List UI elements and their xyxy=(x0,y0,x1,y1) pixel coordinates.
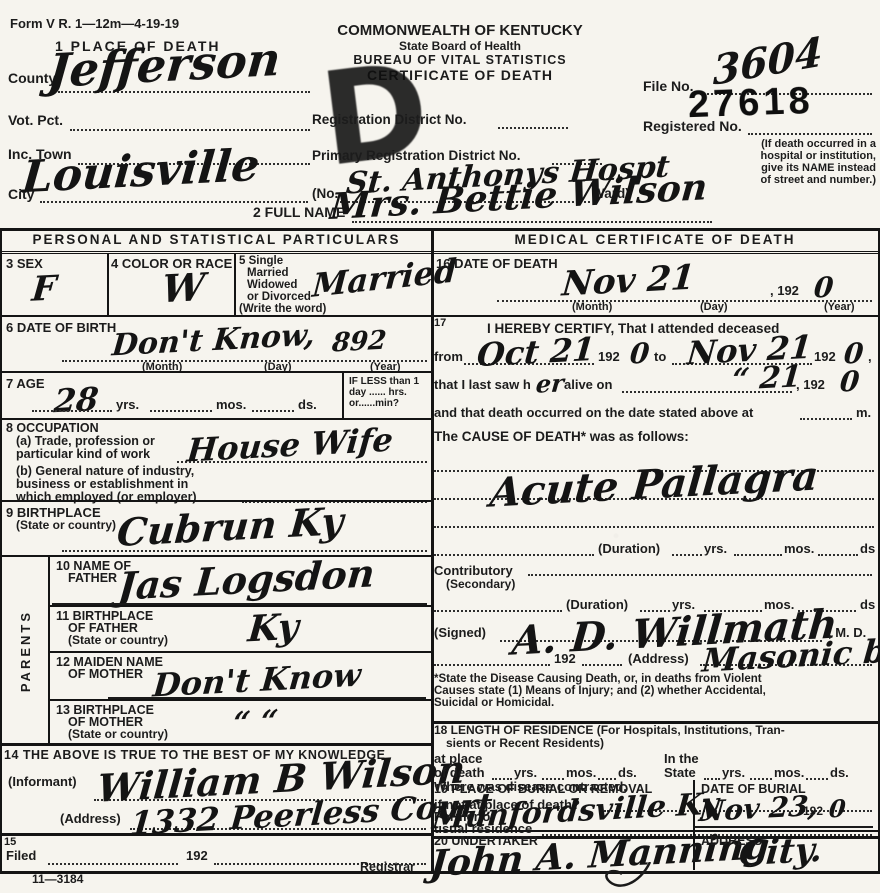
to-comma: , xyxy=(868,349,872,364)
in-the-label: In the xyxy=(664,751,699,766)
sex-cell: 3 SEX F xyxy=(2,253,109,315)
contributory-line xyxy=(528,573,872,576)
signature-flourish xyxy=(600,862,660,892)
sex-value: F xyxy=(30,268,58,310)
death-certificate-document: Form V R. 1—12m—4-19-19 1 PLACE OF DEATH… xyxy=(0,0,880,893)
at-place-label: at place xyxy=(434,751,482,766)
marital-write-word: (Write the word) xyxy=(239,303,326,315)
contributory-label: Contributory xyxy=(434,563,513,578)
birthplace-cell: 9 BIRTHPLACE (State or country) Cubrun K… xyxy=(2,500,431,557)
date-of-death-value: Nov 21 xyxy=(560,257,696,304)
age-mos-line xyxy=(150,409,212,412)
date-of-death-label: 16 DATE OF DEATH xyxy=(436,256,558,271)
from-label: from xyxy=(434,349,463,364)
registered-no-line xyxy=(748,132,872,135)
res-ds2: ds. xyxy=(830,765,849,780)
occupation-label: 8 OCCUPATION xyxy=(6,421,99,435)
age-yrs-label: yrs. xyxy=(116,397,139,412)
dod-year-label: (Year) xyxy=(824,301,855,313)
form-number: Form V R. 1—12m—4-19-19 xyxy=(10,16,179,31)
medical-section: MEDICAL CERTIFICATE OF DEATH 16 DATE OF … xyxy=(432,228,880,874)
informant-label: (Informant) xyxy=(8,774,77,789)
of-death-label: of death xyxy=(434,765,485,780)
registration-district-label: Registration District No. xyxy=(312,112,467,127)
duration2-lead xyxy=(434,609,562,612)
mother-birthplace-cell: 13 BIRTHPLACE OF MOTHER (State or countr… xyxy=(48,699,431,747)
secondary-label: (Secondary) xyxy=(446,577,515,591)
signed-label: (Signed) xyxy=(434,625,486,640)
signed-address-label: (Address) xyxy=(628,651,689,666)
age-ds-line xyxy=(252,409,294,412)
filed-line1 xyxy=(48,862,178,865)
date-of-death-cell: 16 DATE OF DEATH Nov 21 , 192 0 (Month) … xyxy=(432,253,878,315)
mother-name-label2: OF MOTHER xyxy=(68,667,143,681)
from-year-printed: 192 xyxy=(598,349,620,364)
contributory-row: Contributory (Secondary) xyxy=(432,561,878,595)
burial-section: 19 PLACE OF BURIAL OR REMOVAL Munfordsvi… xyxy=(432,780,880,830)
birthplace-value: Cubrun Ky xyxy=(115,498,345,555)
dob-label: 6 DATE OF BIRTH xyxy=(6,320,116,335)
cause-value: Acute Pallagra xyxy=(488,452,820,516)
last-saw-year-printed: , 192 xyxy=(796,377,825,392)
undertaker-address-cell: ADDRESS City. xyxy=(693,832,878,870)
filed-label: Filed xyxy=(6,848,36,863)
age-note-line3: or......min? xyxy=(349,398,433,409)
medical-section-header: MEDICAL CERTIFICATE OF DEATH xyxy=(432,231,878,254)
parents-label: PARENTS xyxy=(18,610,33,692)
occupation-cell: 8 OCCUPATION (a) Trade, profession or pa… xyxy=(2,418,431,502)
race-value: W xyxy=(160,264,207,312)
filed-year-prefix: 192 xyxy=(186,848,208,863)
informant-address-cell: (Address) 1332 Peerless Court xyxy=(2,805,431,833)
signed-addr-lead xyxy=(434,663,550,666)
birthplace-sub-label: (State or country) xyxy=(16,518,116,532)
marital-option-single: 5 Single xyxy=(239,255,326,267)
age-ds-label: ds. xyxy=(298,397,317,412)
from-year-digit: 0 xyxy=(629,336,651,370)
cause-footnote: *State the Disease Causing Death, or, in… xyxy=(432,671,878,724)
res-ds1: ds. xyxy=(618,765,637,780)
last-saw-value: “ 21 xyxy=(731,359,803,398)
informant-address-label: (Address) xyxy=(60,811,121,826)
occupation-b-line1: (b) General nature of industry, xyxy=(16,464,194,478)
personal-section-title: PERSONAL AND STATISTICAL PARTICULARS xyxy=(32,232,400,247)
mother-bp-label3: (State or country) xyxy=(68,727,168,741)
burial-year-printed: 192 xyxy=(803,804,823,818)
duration1-row: (Duration) yrs. mos. ds xyxy=(432,539,878,561)
age-note-line2: day ...... hrs. xyxy=(349,387,433,398)
personal-section-header: PERSONAL AND STATISTICAL PARTICULARS xyxy=(2,231,431,254)
footnote-line3: Suicidal or Homicidal. xyxy=(434,697,876,709)
filed-cell: 15 Filed 192 Registrar xyxy=(2,833,431,874)
residence-line1: 18 LENGTH OF RESIDENCE (For Hospitals, I… xyxy=(434,723,785,737)
father-birthplace-cell: 11 BIRTHPLACE OF FATHER (State or countr… xyxy=(48,605,431,653)
registrar-label: Registrar xyxy=(360,860,415,874)
duration1-d2 xyxy=(734,553,782,556)
father-name-label2: FATHER xyxy=(68,571,117,585)
county-value: Jefferson xyxy=(46,32,283,98)
father-bp-label3: (State or country) xyxy=(68,633,168,647)
file-no-label: File No. xyxy=(643,78,694,94)
duration1-ds: ds xyxy=(860,541,875,556)
commonwealth-title: COMMONWEALTH OF KENTUCKY xyxy=(295,22,625,39)
personal-section: PERSONAL AND STATISTICAL PARTICULARS 3 S… xyxy=(0,228,434,874)
father-name-value: Jas Logsdon xyxy=(116,550,376,609)
residence-line2: sients or Recent Residents) xyxy=(446,736,604,750)
to-year-printed: 192 xyxy=(814,349,836,364)
occupation-a-line2: particular kind of work xyxy=(16,447,150,461)
dod-month-label: (Month) xyxy=(572,301,612,313)
alive-on-label: alive on xyxy=(564,377,612,392)
duration1-yrs: yrs. xyxy=(704,541,727,556)
hospital-note-line2: hospital or institution, xyxy=(660,150,876,162)
age-mos-label: mos. xyxy=(216,397,246,412)
footnote-line1: *State the Disease Causing Death, or, in… xyxy=(434,673,876,685)
dod-year-printed: , 192 xyxy=(770,283,799,298)
last-saw-hand: er xyxy=(535,368,565,399)
res-mos2: mos. xyxy=(774,765,804,780)
hospital-note-line1: (If death occurred in a xyxy=(660,138,876,150)
dod-year-digit: 0 xyxy=(813,270,835,304)
occupation-b-line2: business or establishment in xyxy=(16,477,188,491)
occurred-m-label: m. xyxy=(856,405,871,420)
cause-label: The CAUSE OF DEATH* was as follows: xyxy=(434,429,689,444)
burial-date-cell: DATE OF BURIAL Nov 23, 192 0 xyxy=(693,780,878,830)
vot-pct-line xyxy=(70,128,310,131)
vot-pct-label: Vot. Pct. xyxy=(8,112,63,128)
filed-number: 15 xyxy=(4,836,16,848)
age-note-line1: IF LESS than 1 xyxy=(349,376,433,387)
last-saw-year-digit: 0 xyxy=(839,364,861,398)
dob-year-value: 892 xyxy=(331,325,388,358)
duration1-label: (Duration) xyxy=(598,541,660,556)
father-birthplace-value: Ky xyxy=(246,606,300,651)
duration2-label: (Duration) xyxy=(566,597,628,612)
occurred-label: and that death occurred on the date stat… xyxy=(434,405,753,420)
undertaker-address-value: City. xyxy=(737,830,824,875)
duration1-d1 xyxy=(672,553,702,556)
signed-addr-d1 xyxy=(582,663,622,666)
burial-year-digit: 0 xyxy=(828,793,847,823)
cause-line3 xyxy=(434,525,874,528)
plate-code: 11—3184 xyxy=(32,872,83,886)
duration1-lead xyxy=(434,553,594,556)
dod-day-label: (Day) xyxy=(700,301,728,313)
res-yrs1: yrs. xyxy=(514,765,537,780)
res-state-label: State xyxy=(664,765,696,780)
city-line xyxy=(40,200,308,203)
burial-place-cell: 19 PLACE OF BURIAL OR REMOVAL Munfordsvi… xyxy=(432,780,695,830)
registration-district-line xyxy=(498,126,568,129)
dob-value: Don't Know, xyxy=(111,318,317,364)
certify-number: 17 xyxy=(434,317,446,329)
race-cell: 4 COLOR OR RACE W xyxy=(107,253,236,315)
father-name-cell: 10 NAME OF FATHER Jas Logsdon xyxy=(48,557,431,605)
parents-band: PARENTS 10 NAME OF FATHER Jas Logsdon 11… xyxy=(2,555,431,745)
duration1-mos: mos. xyxy=(784,541,814,556)
age-cell: 7 AGE 28 yrs. mos. ds. IF LESS than 1 da… xyxy=(2,371,431,420)
burial-date-value: Nov 23, xyxy=(698,789,820,828)
signed-address-row: 192 (Address) Masonic bldg. xyxy=(432,647,878,671)
medical-section-title: MEDICAL CERTIFICATE OF DEATH xyxy=(515,232,796,247)
duration1-d3 xyxy=(818,553,858,556)
age-value: 28 xyxy=(52,380,100,421)
age-yrs-line xyxy=(32,409,112,412)
age-note-box: IF LESS than 1 day ...... hrs. or......m… xyxy=(342,373,433,420)
duration2-ds: ds xyxy=(860,597,875,612)
last-saw-label: that I last saw h xyxy=(434,377,531,392)
certify-cell: 17 I HEREBY CERTIFY, That I attended dec… xyxy=(432,315,878,427)
footnote-line2: Causes state (1) Means of Injury; and (2… xyxy=(434,685,876,697)
to-label: to xyxy=(654,349,666,364)
registered-number-stamp: 27618 xyxy=(687,80,814,127)
occupation-a-line1: (a) Trade, profession or xyxy=(16,434,155,448)
occurred-line xyxy=(800,417,852,420)
mother-birthplace-value: “ “ xyxy=(231,704,279,742)
dob-cell: 6 DATE OF BIRTH Don't Know, 892 (Month) … xyxy=(2,315,431,373)
marital-cell: 5 Single Married Widowed or Divorced (Wr… xyxy=(234,253,431,315)
parents-label-cell: PARENTS xyxy=(2,557,50,745)
from-value: Oct 21 xyxy=(475,330,596,374)
signed-year-prefix: 192 xyxy=(554,651,576,666)
res-mos1: mos. xyxy=(566,765,596,780)
age-label: 7 AGE xyxy=(6,376,45,391)
res-yrs2: yrs. xyxy=(722,765,745,780)
mother-name-cell: 12 MAIDEN NAME OF MOTHER Don't Know xyxy=(48,651,431,701)
